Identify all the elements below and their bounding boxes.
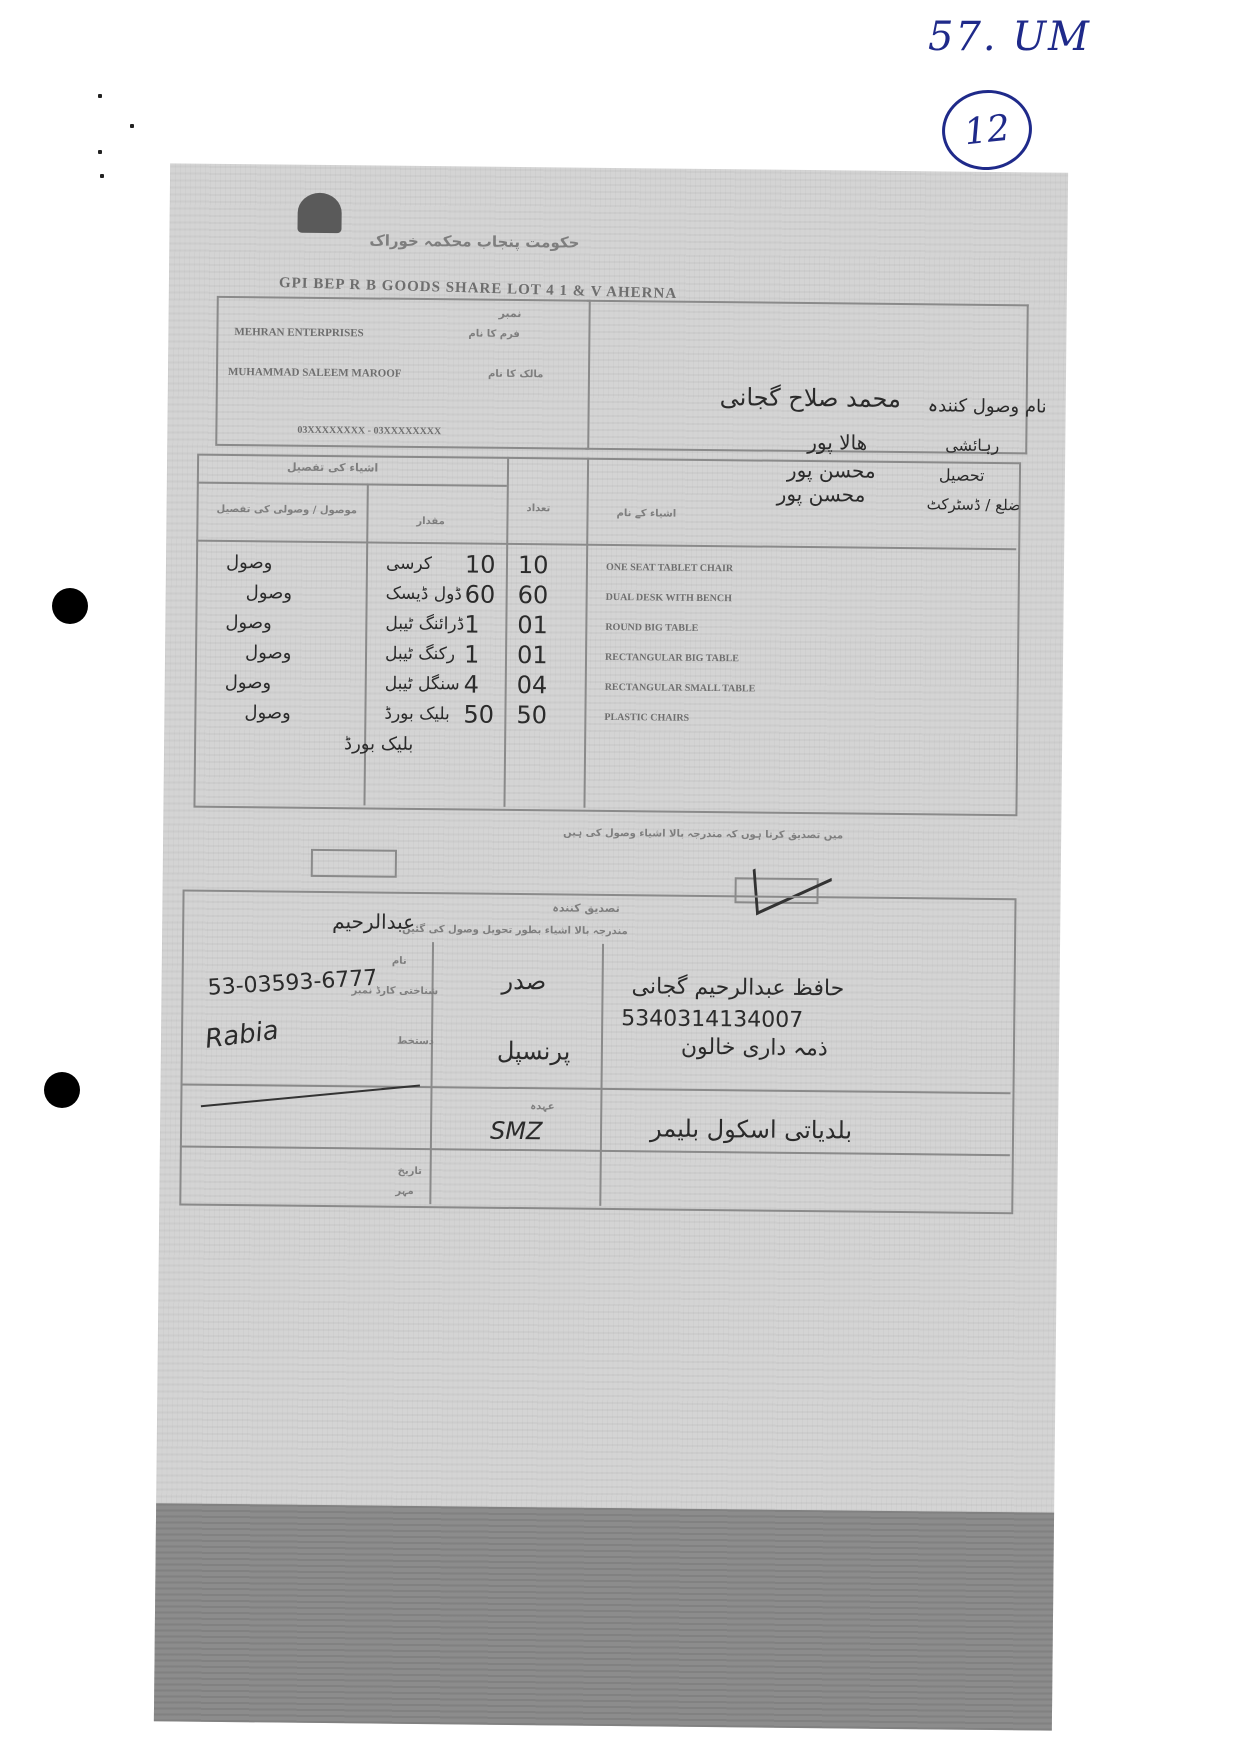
field-label-signature: دستخط (397, 1036, 434, 1047)
page-reference-annotation: 57. UM (928, 14, 1091, 60)
recipient-line2-value: ھالا پور (807, 430, 867, 455)
right-cnic: 5340314134007 (621, 1006, 803, 1033)
scan-speck (100, 174, 104, 178)
verification-title: تصدیق کنندہ (552, 901, 620, 915)
right-role: ذمہ داری خالون (681, 1035, 828, 1062)
scan-speck (130, 124, 134, 128)
row-received: وصول (225, 612, 272, 633)
verification-box (179, 890, 1016, 1215)
form-header-urdu: حکومت پنجاب محکمہ خوراک (369, 231, 579, 251)
page-number: 12 (962, 107, 1012, 153)
recipient-name-value: محمد صلاح گجانی (720, 383, 901, 413)
column-header-quantity: مقدار (416, 516, 444, 527)
table-rows: وصولکرسی1010ONE SEAT TABLET CHAIRوصولڈول… (170, 163, 1068, 172)
row-qty: 50 (516, 701, 547, 729)
photocopied-form: حکومت پنجاب محکمہ خوراک GPI BEP R B GOOD… (154, 163, 1068, 1730)
recipient-line2-label: رہائشی (945, 435, 999, 455)
row-item-printed: RECTANGULAR SMALL TABLE (605, 682, 756, 695)
scan-shadow (154, 1503, 1054, 1730)
signatory-2-role: پرنسپل (497, 1037, 571, 1066)
serial-label: نمبر (499, 307, 522, 320)
row-qty-written: 10 (465, 550, 496, 578)
field-label-stamp: مہر (395, 1186, 413, 1197)
phone-numbers: 03XXXXXXXX - 03XXXXXXXX (297, 425, 441, 438)
right-name: حافظ عبدالرحیم گجانی (631, 974, 844, 1001)
row-item-printed: DUAL DESK WITH BENCH (606, 592, 732, 604)
row-urdu-item: کرسی (386, 554, 432, 574)
signatory-1-name: عبدالرحیم (332, 909, 415, 934)
table-note: میں تصدیق کرتا ہوں کہ مندرجہ بالا اشیاء … (563, 827, 843, 841)
row-qty-written: 1 (464, 610, 480, 638)
row-item-printed: ROUND BIG TABLE (605, 622, 698, 634)
row-urdu-item: ڈرائنگ ٹیبل (385, 614, 464, 635)
column-header-received: موصول / وصولی کی تفصیل (217, 504, 358, 516)
row-received: وصول (246, 582, 293, 603)
urdu-note-blackboard: بلیک بورڈ (344, 733, 413, 755)
row-item-printed: ONE SEAT TABLET CHAIR (606, 562, 733, 574)
row-received: وصول (244, 702, 291, 723)
owner-label: مالک کا نام (488, 369, 543, 381)
row-urdu-item: رکنگ ٹیبل (385, 644, 455, 665)
checkbox-left[interactable] (311, 849, 397, 878)
company-label: فرم کا نام (468, 328, 520, 340)
row-received: وصول (225, 672, 272, 693)
column-header-count: تعداد (527, 503, 551, 514)
field-label-date: تاریخ (398, 1166, 422, 1177)
row-received: وصول (226, 552, 273, 573)
page-number-circle: 12 (938, 86, 1036, 175)
scan-speck (98, 150, 102, 154)
field-label-name: نام (392, 956, 407, 967)
row-item-printed: RECTANGULAR BIG TABLE (605, 652, 739, 664)
table-header-main: اشیاء کی تفصیل (287, 461, 378, 475)
company-name: MEHRAN ENTERPRISES (234, 326, 363, 339)
punch-hole-top (52, 588, 88, 624)
row-urdu-item: بلیک بورڈ (384, 704, 450, 725)
row-qty-written: 1 (464, 640, 480, 668)
row-urdu-item: ڈول ڈیسک (386, 584, 462, 605)
owner-name: MUHAMMAD SALEEM MAROOF (228, 366, 402, 380)
row-qty: 01 (517, 611, 548, 639)
recipient-name-label: نام وصول کنندہ (928, 395, 1047, 417)
row-qty: 60 (518, 581, 549, 609)
row-qty-written: 50 (463, 700, 494, 728)
row-received: وصول (245, 642, 292, 663)
government-logo-icon (297, 193, 341, 233)
row-qty-written: 4 (464, 670, 480, 698)
row-item-printed: PLASTIC CHAIRS (604, 712, 689, 724)
column-header-item-name: اشیاء کے نام (616, 508, 676, 520)
row-qty: 10 (518, 551, 549, 579)
signatory-2-signature: SMZ (490, 1117, 543, 1146)
signatory-1-role: صدر (501, 967, 546, 995)
field-label-designation: عہدہ (530, 1101, 554, 1112)
row-qty-written: 60 (465, 580, 496, 608)
row-qty: 01 (517, 641, 548, 669)
punch-hole-bottom (44, 1072, 80, 1108)
scan-speck (98, 94, 102, 98)
row-urdu-item: سنگل ٹیبل (385, 674, 460, 695)
right-school: بلدیاتی اسکول بلیمر (650, 1114, 852, 1144)
verification-instruction: مندرجہ بالا اشیاء بطور تحویل وصول کی گئی… (402, 924, 628, 937)
row-qty: 04 (517, 671, 548, 699)
